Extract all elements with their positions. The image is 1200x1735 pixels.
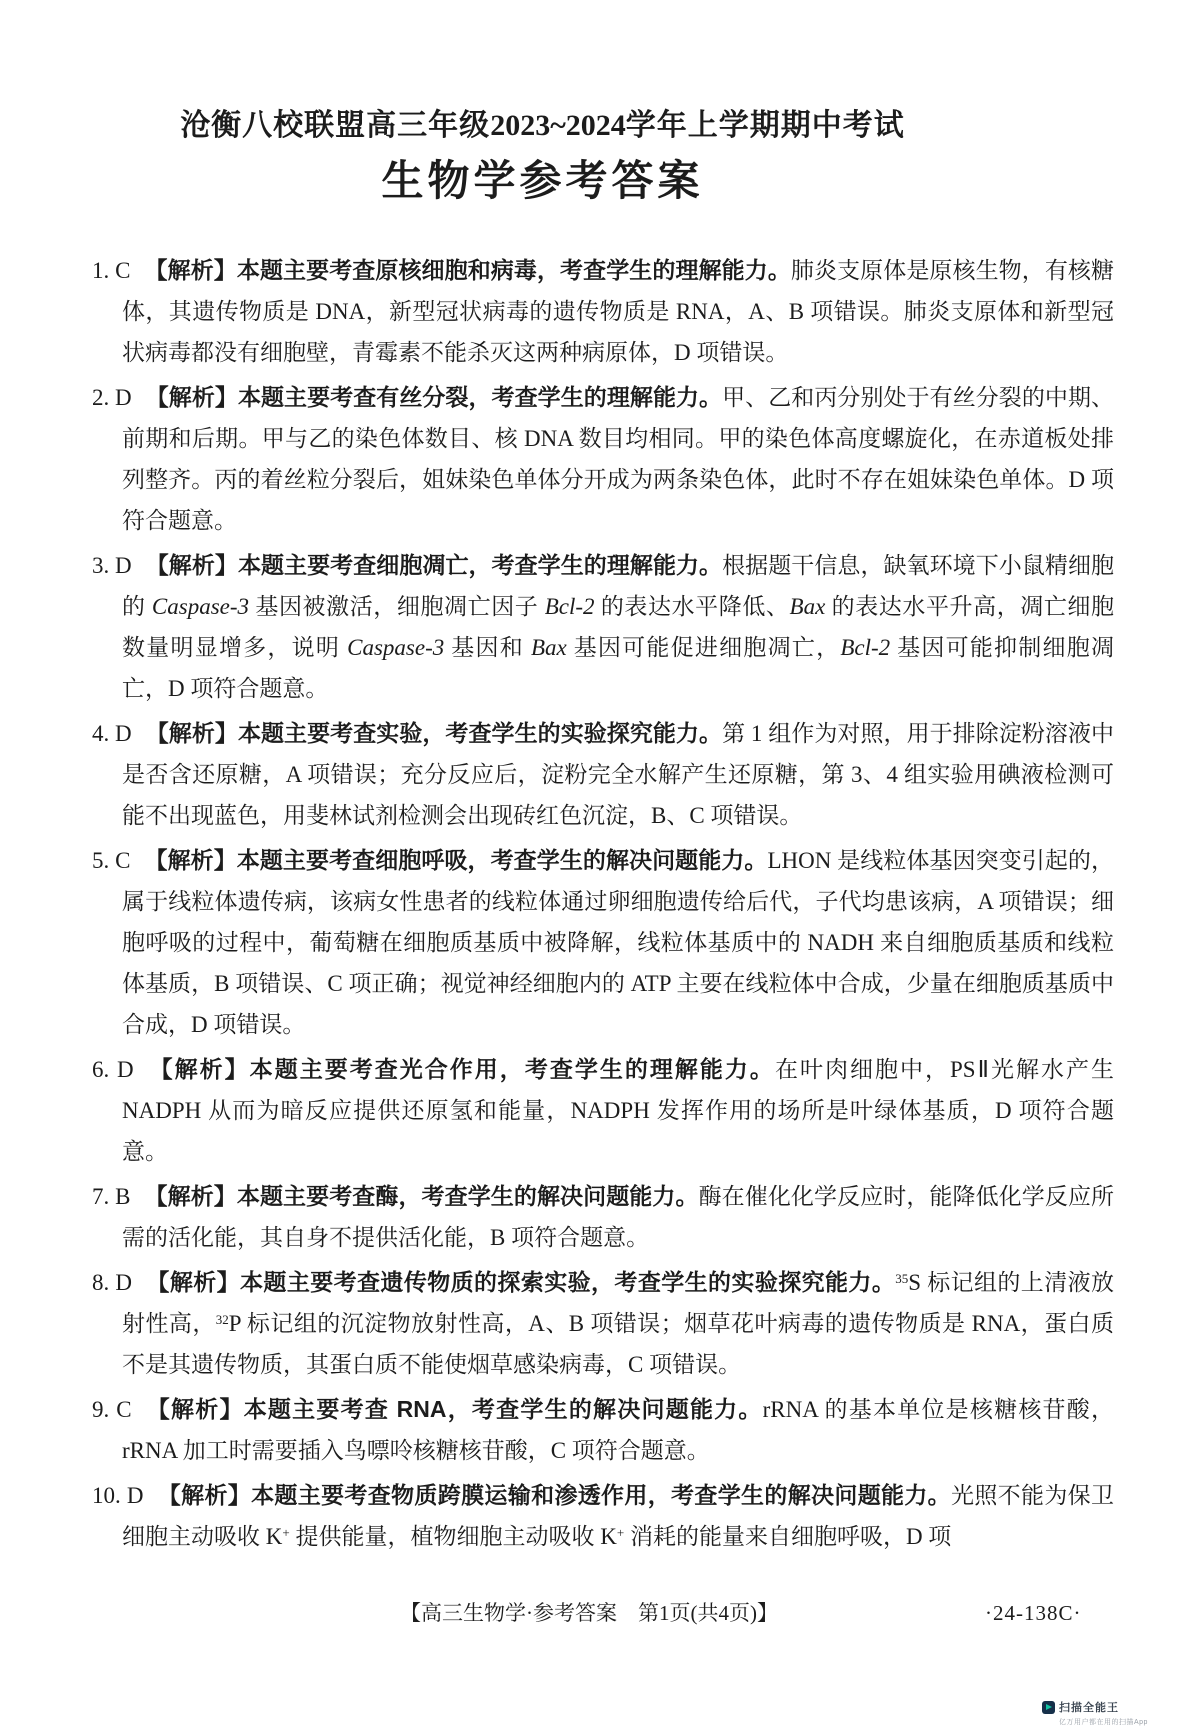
scanner-watermark: 扫描全能王 亿万用户都在用的扫描App: [1042, 1699, 1192, 1727]
answer-item: 4. D【解析】本题主要考查实验，考查学生的实验探究能力。第 1 组作为对照，用…: [92, 713, 1114, 836]
answer-item: 9. C【解析】本题主要考查 RNA，考查学生的解决问题能力。rRNA 的基本单…: [92, 1389, 1114, 1471]
question-number-and-answer: 5. C: [92, 848, 130, 873]
answer-item: 1. C【解析】本题主要考查原核细胞和病毒，考查学生的理解能力。肺炎支原体是原核…: [92, 250, 1114, 373]
question-number-and-answer: 7. B: [92, 1184, 130, 1209]
question-number-and-answer: 9. C: [92, 1397, 132, 1422]
document-page: 沧衡八校联盟高三年级2023~2024学年上学期期中考试 生物学参考答案 1. …: [0, 0, 1200, 1735]
answer-item: 7. B【解析】本题主要考查酶，考查学生的解决问题能力。酶在催化化学反应时，能降…: [92, 1176, 1114, 1258]
text-segment: 消耗的能量来自细胞呼吸，D 项: [624, 1524, 951, 1549]
answer-item: 2. D【解析】本题主要考查有丝分裂，考查学生的理解能力。甲、乙和丙分别处于有丝…: [92, 377, 1114, 541]
analysis-label-and-summary: 【解析】本题主要考查细胞凋亡，考查学生的理解能力。: [146, 552, 722, 578]
question-number-and-answer: 8. D: [92, 1270, 132, 1295]
text-segment: 32: [216, 1312, 229, 1327]
text-segment: +: [282, 1525, 289, 1540]
question-number-and-answer: 2. D: [92, 385, 132, 410]
answer-list: 1. C【解析】本题主要考查原核细胞和病毒，考查学生的理解能力。肺炎支原体是原核…: [92, 250, 1114, 1557]
footer-paper-code: ·24-138C·: [985, 1598, 1082, 1628]
question-number-and-answer: 3. D: [92, 553, 132, 578]
answer-item: 10. D【解析】本题主要考查物质跨膜运输和渗透作用，考查学生的解决问题能力。光…: [92, 1475, 1114, 1557]
text-segment: 提供能量，植物细胞主动吸收 K: [290, 1524, 617, 1549]
analysis-label-and-summary: 【解析】本题主要考查物质跨膜运输和渗透作用，考查学生的解决问题能力。: [157, 1482, 951, 1508]
answer-item: 3. D【解析】本题主要考查细胞凋亡，考查学生的理解能力。根据题干信息，缺氧环境…: [92, 545, 1114, 709]
exam-title: 沧衡八校联盟高三年级2023~2024学年上学期期中考试: [0, 106, 1085, 146]
text-segment: 基因和: [444, 635, 531, 660]
analysis-detail: LHON 是线粒体基因突变引起的，属于线粒体遗传病，该病女性患者的线粒体通过卵细…: [122, 848, 1114, 1037]
text-segment: Bcl-2: [545, 594, 595, 619]
document-header: 沧衡八校联盟高三年级2023~2024学年上学期期中考试 生物学参考答案: [0, 0, 1085, 208]
analysis-label-and-summary: 【解析】本题主要考查细胞呼吸，考查学生的解决问题能力。: [144, 847, 767, 873]
text-segment: 沧衡八校联盟高三年级: [180, 109, 490, 142]
answer-item: 8. D【解析】本题主要考查遗传物质的探索实验，考查学生的实验探究能力。35S …: [92, 1262, 1114, 1385]
analysis-label-and-summary: 【解析】本题主要考查有丝分裂，考查学生的理解能力。: [146, 384, 722, 410]
watermark-tagline: 亿万用户都在用的扫描App: [1059, 1717, 1192, 1727]
text-segment: 的表达水平降低、: [595, 594, 790, 619]
text-segment: 基因可能促进细胞凋亡，: [567, 635, 841, 660]
camscanner-icon: [1042, 1701, 1055, 1714]
text-segment: 学年上学期期中考试: [626, 109, 905, 142]
text-segment: 2023~2024: [490, 109, 626, 142]
text-segment: P 标记组的沉淀物放射性高，A、B 项错误；烟草花叶病毒的遗传物质是 RNA，蛋…: [122, 1311, 1114, 1377]
analysis-label-and-summary: 【解析】本题主要考查遗传物质的探索实验，考查学生的实验探究能力。: [146, 1269, 895, 1295]
question-number-and-answer: 6. D: [92, 1057, 134, 1082]
question-number-and-answer: 10. D: [92, 1483, 143, 1508]
subject-answer-title: 生物学参考答案: [0, 154, 1085, 208]
analysis-label-and-summary: 【解析】本题主要考查 RNA，考查学生的解决问题能力。: [146, 1396, 763, 1422]
analysis-label-and-summary: 【解析】本题主要考查原核细胞和病毒，考查学生的理解能力。: [144, 257, 790, 283]
watermark-row: 扫描全能王: [1042, 1699, 1192, 1715]
footer-page-info: 【高三生物学·参考答案 第1页(共4页)】: [400, 1598, 778, 1628]
text-segment: 基因被激活，细胞凋亡因子: [249, 594, 545, 619]
text-segment: Caspase-3: [152, 594, 249, 619]
answer-item: 6. D【解析】本题主要考查光合作用，考查学生的理解能力。在叶肉细胞中，PSⅡ光…: [92, 1049, 1114, 1172]
analysis-label-and-summary: 【解析】本题主要考查酶，考查学生的解决问题能力。: [144, 1183, 698, 1209]
text-segment: LHON 是线粒体基因突变引起的，属于线粒体遗传病，该病女性患者的线粒体通过卵细…: [122, 848, 1114, 1037]
question-number-and-answer: 1. C: [92, 258, 130, 283]
watermark-app-name: 扫描全能王: [1059, 1699, 1119, 1715]
text-segment: Bcl-2: [840, 635, 890, 660]
text-segment: Bax: [790, 594, 826, 619]
text-segment: Caspase-3: [347, 635, 444, 660]
text-segment: 35: [895, 1271, 908, 1286]
text-segment: Bax: [531, 635, 567, 660]
question-number-and-answer: 4. D: [92, 721, 132, 746]
answer-item: 5. C【解析】本题主要考查细胞呼吸，考查学生的解决问题能力。LHON 是线粒体…: [92, 840, 1114, 1045]
analysis-label-and-summary: 【解析】本题主要考查光合作用，考查学生的理解能力。: [148, 1056, 775, 1082]
analysis-label-and-summary: 【解析】本题主要考查实验，考查学生的实验探究能力。: [146, 720, 722, 746]
